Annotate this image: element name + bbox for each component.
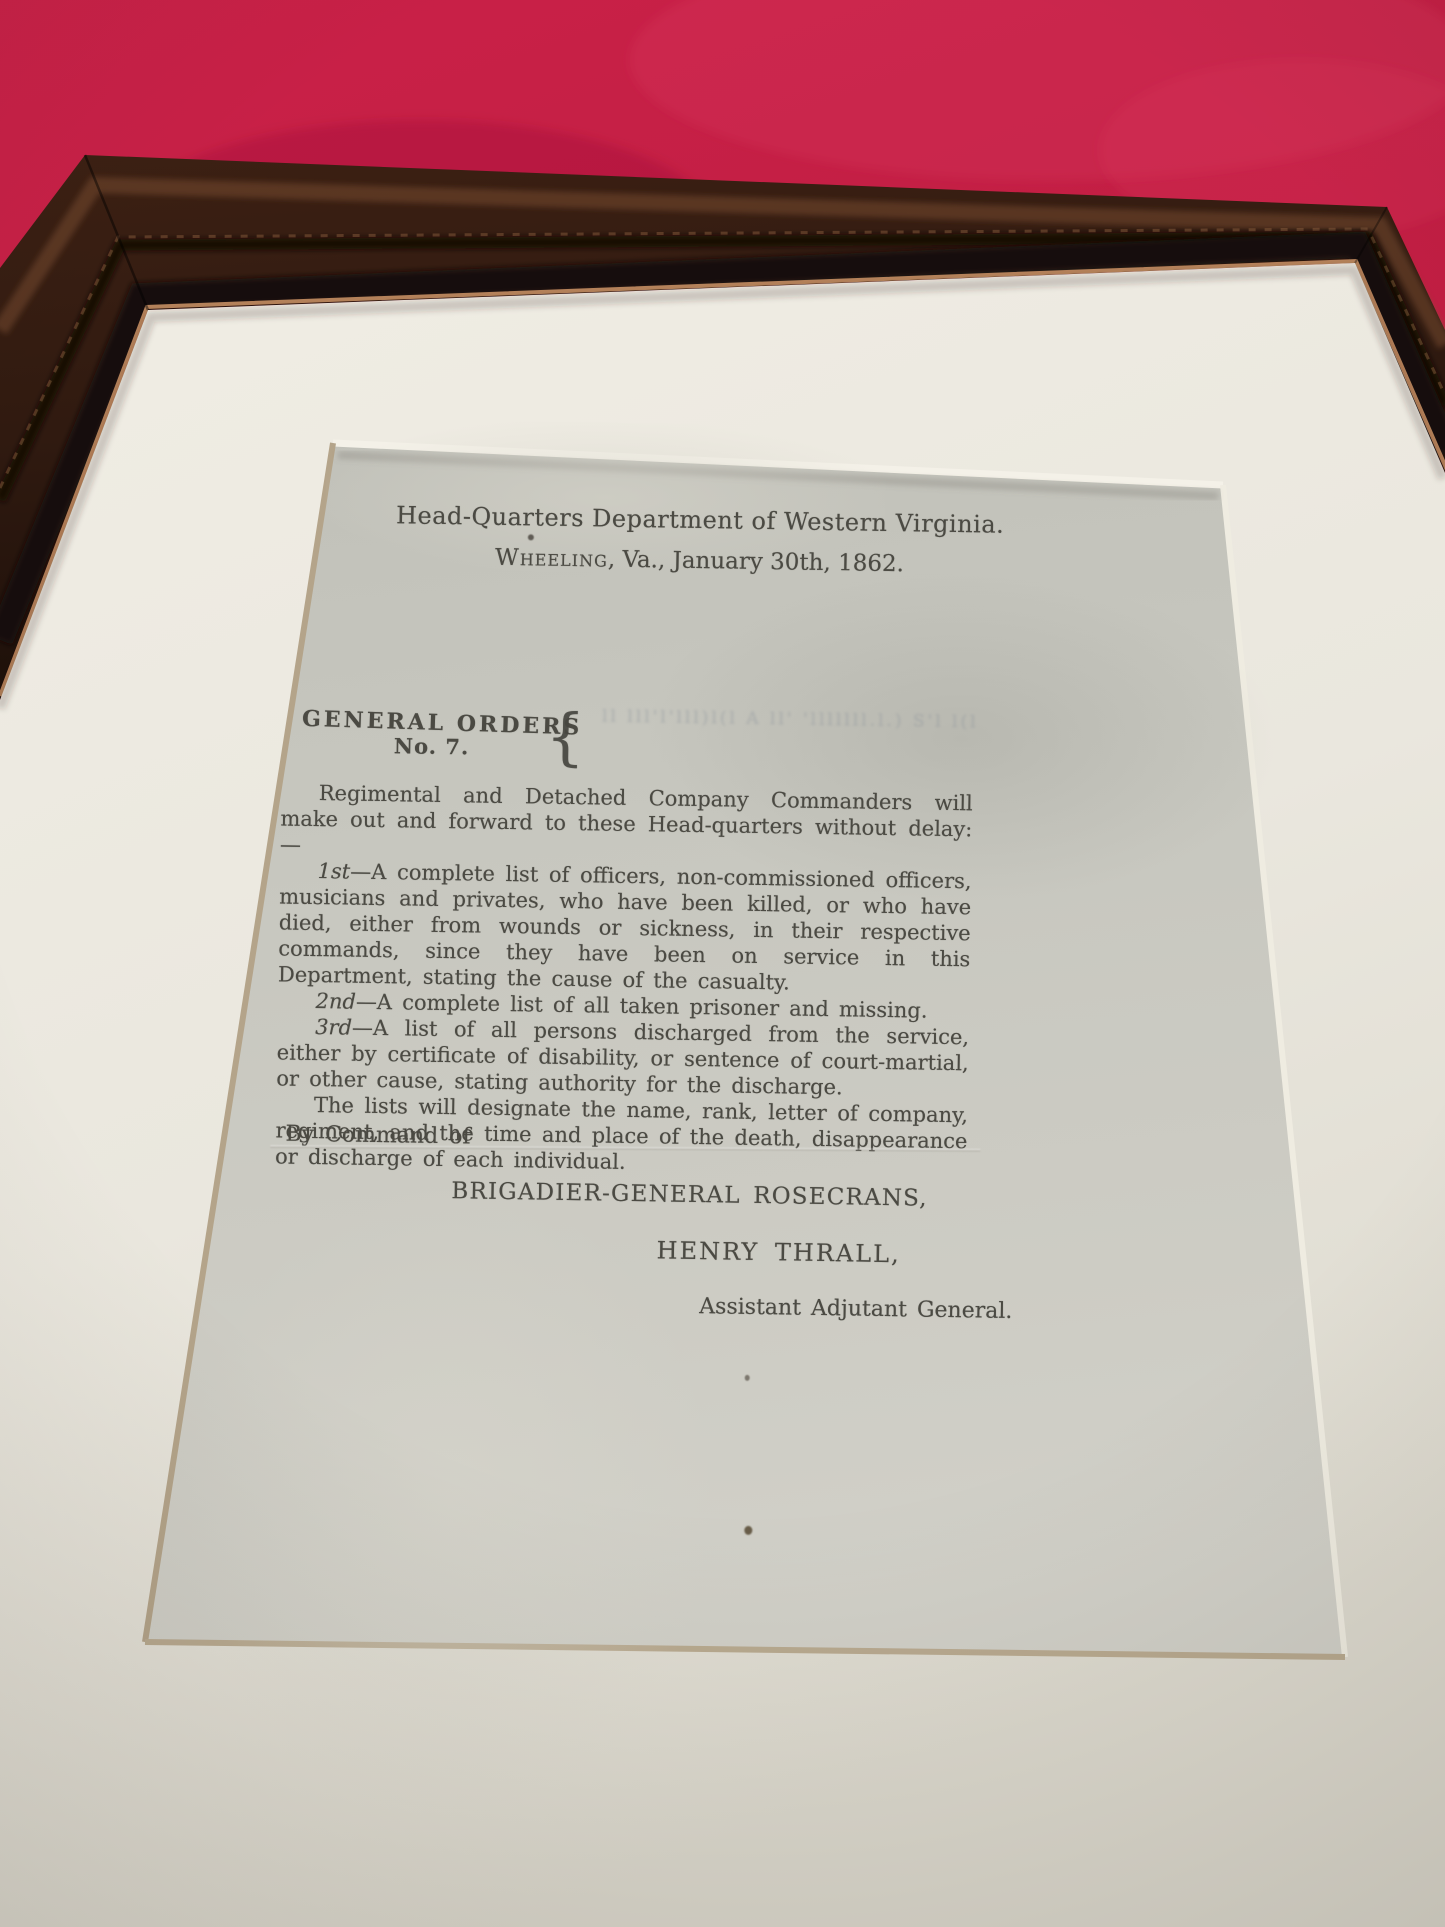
heading-brace: { [545, 700, 586, 774]
ordinal-2nd: 2nd [315, 989, 356, 1014]
paper-speck [744, 1526, 752, 1535]
order-body-text: Regimental and Detached Company Commande… [275, 779, 973, 1180]
ink-bleed-ghost-text: ll lll'l'lll)l(l A ll' 'lllllll.l.) S'l … [602, 706, 1082, 734]
paragraph-first: 1st—A complete list of officers, non-com… [278, 857, 972, 998]
document-dateline: Wheeling, Va., January 30th, 1862. [374, 543, 1024, 579]
framed-document-photo: Head-Quarters Department of Western Virg… [0, 0, 1445, 1927]
dateline-city: Wheeling [495, 545, 608, 573]
ordinal-3rd: 3rd [315, 1015, 352, 1040]
document-header-line: Head-Quarters Department of Western Virg… [375, 501, 1025, 539]
paragraph-intro: Regimental and Detached Company Commande… [280, 779, 973, 868]
paper-speck [528, 534, 534, 540]
signature-title: Assistant Adjutant General. [441, 1290, 1271, 1328]
general-orders-heading: GENERAL ORDERS No. 7. [301, 708, 562, 761]
paragraph-third: 3rd—A list of all persons discharged fro… [276, 1013, 969, 1102]
dateline-rest: , Va., January 30th, 1862. [608, 547, 904, 578]
ordinal-1st: 1st [317, 859, 350, 884]
general-order-document: Head-Quarters Department of Western Virg… [127, 425, 1351, 1694]
paper-speck [745, 1375, 750, 1381]
signature-thrall: HENRY THRALL, [364, 1232, 1194, 1273]
signature-rosecrans: BRIGADIER-GENERAL ROSECRANS, [274, 1175, 1104, 1214]
